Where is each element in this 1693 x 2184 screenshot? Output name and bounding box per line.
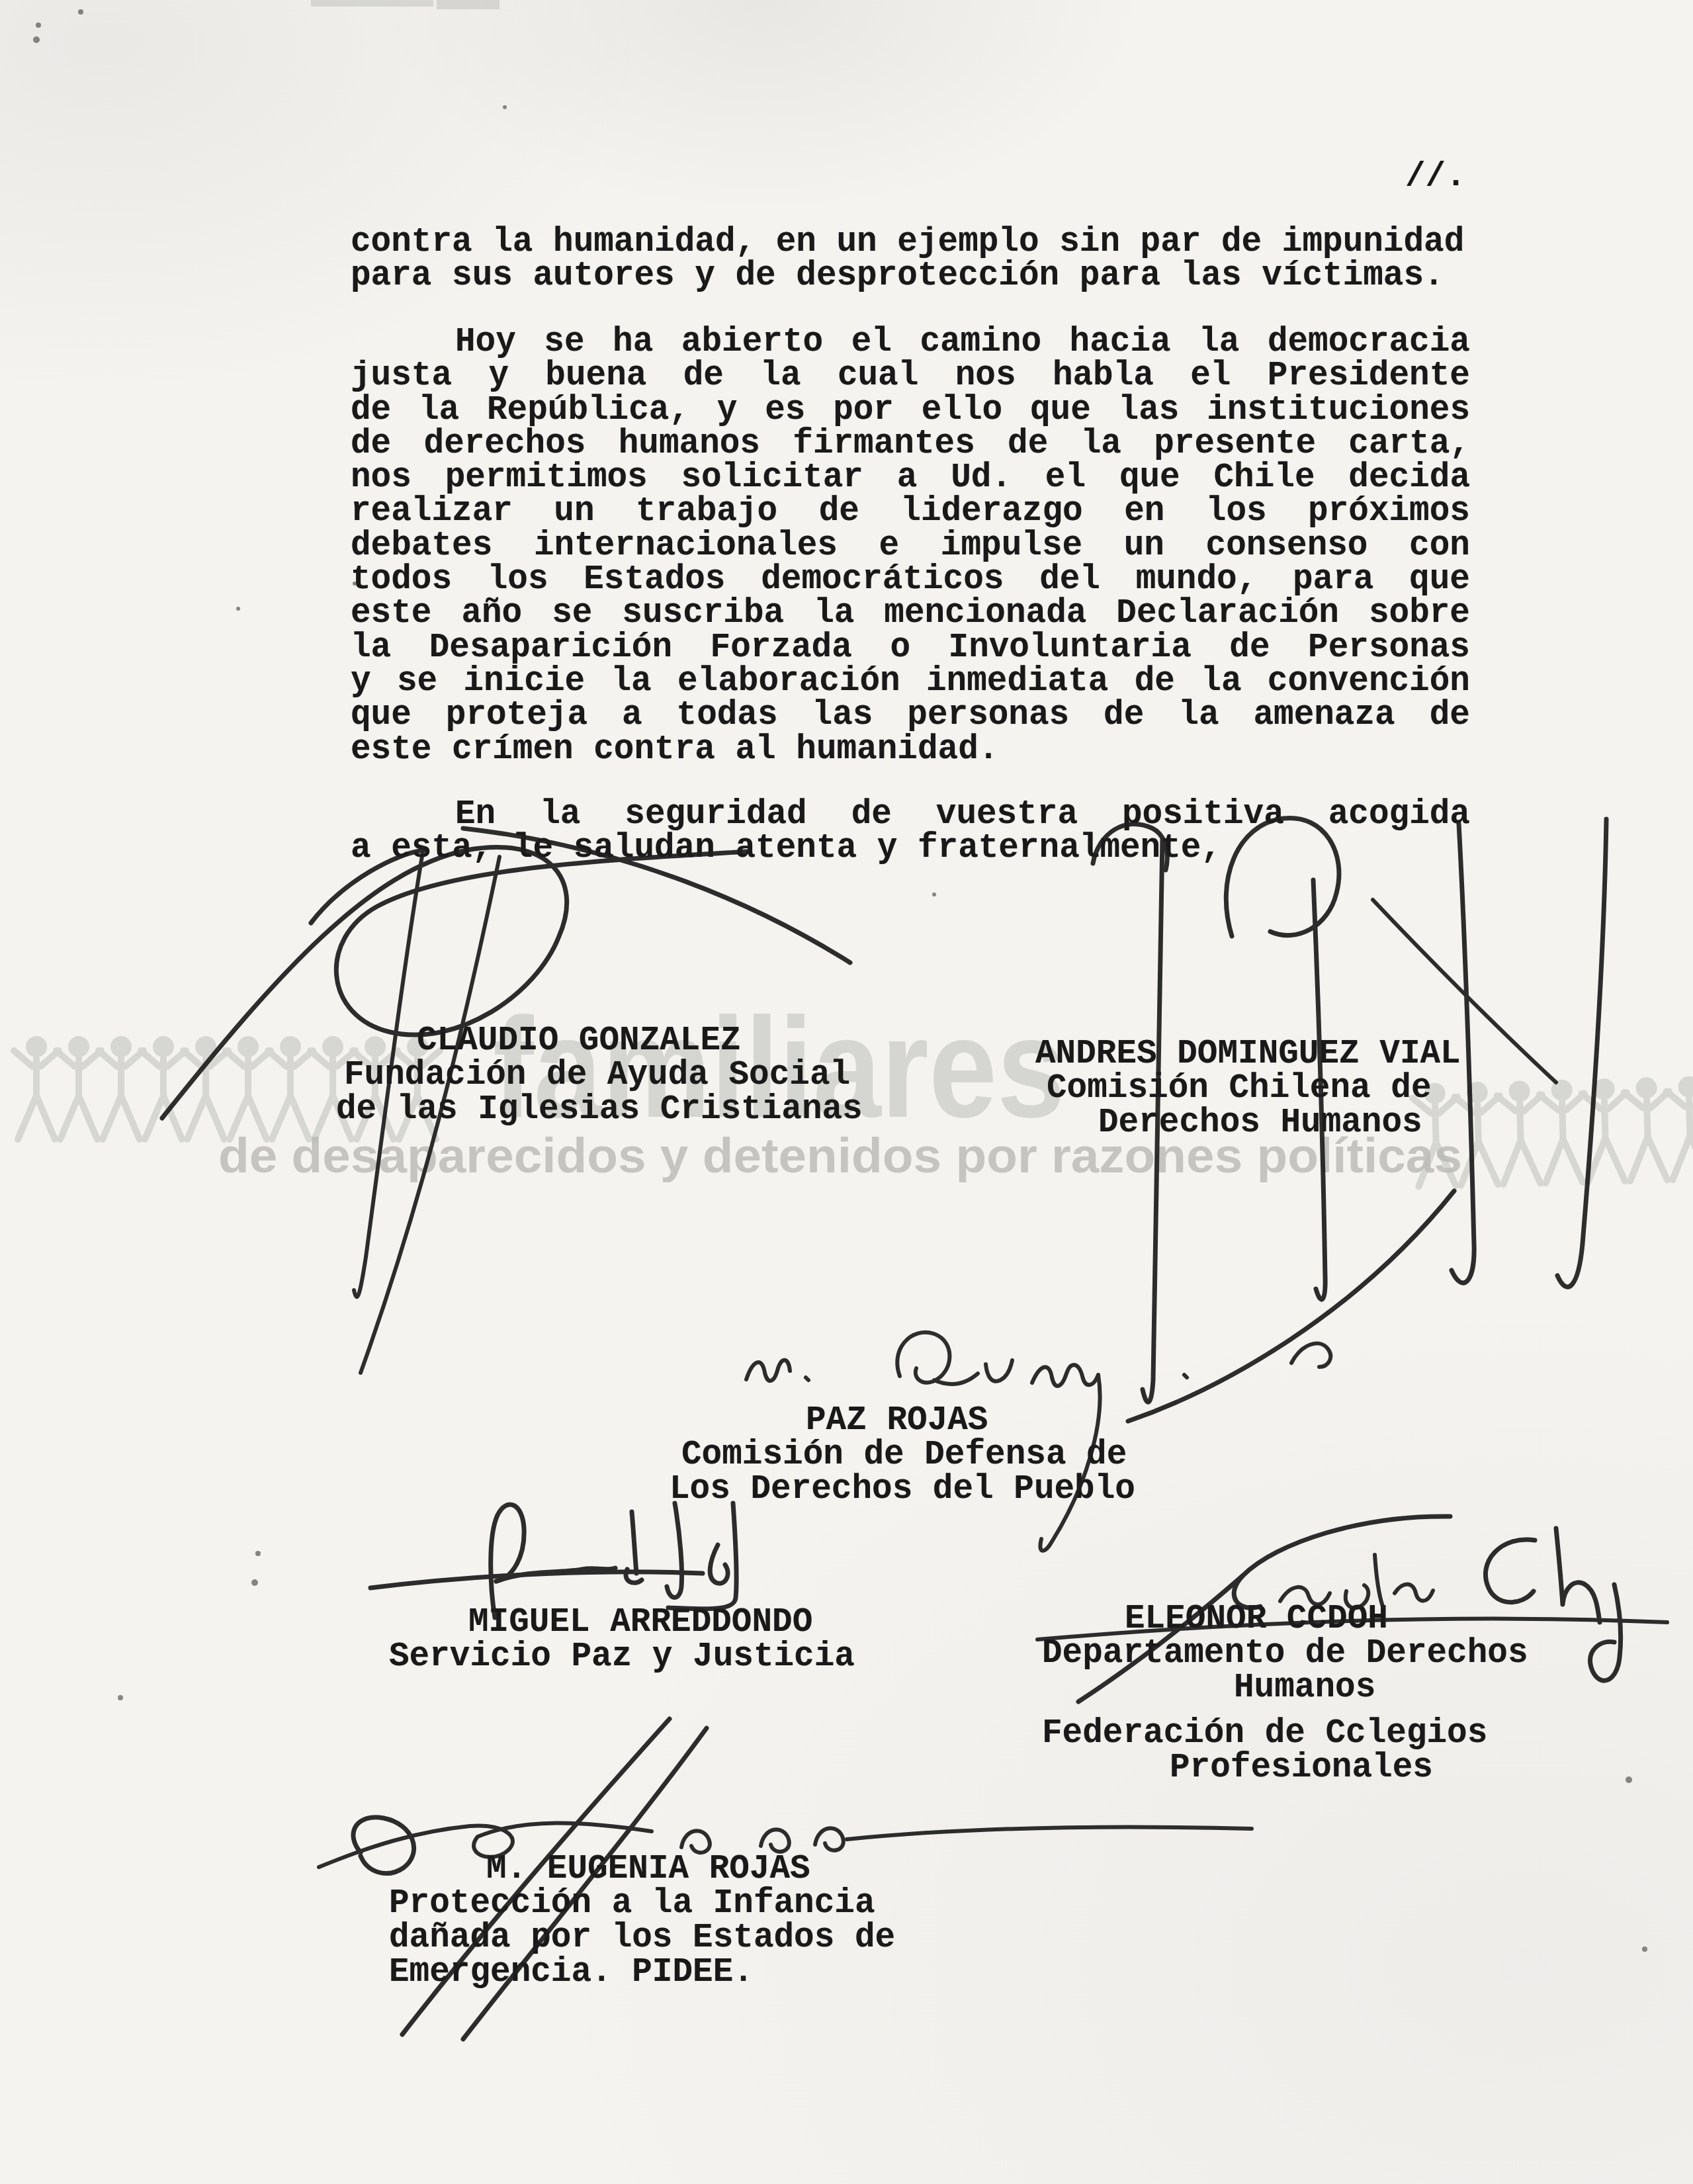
signer-org-line: Humanos [1234, 1671, 1375, 1705]
signer-org-line: dañada por los Estados de [389, 1921, 895, 1955]
body-line: este crímen contra al humanidad. [351, 733, 1470, 767]
body-line: laDesapariciónForzadaoInvoluntariadePers… [351, 631, 1470, 665]
body-paragraph: Enlaseguridaddevuestrapositivaacogidaa e… [351, 798, 1470, 866]
signer-org-line: Profesionales [1170, 1751, 1433, 1785]
body-line: esteañosesuscribalamencionadaDeclaración… [351, 597, 1470, 631]
signature-miguel-arreddondo-icon [370, 1503, 736, 1618]
signer-org-line: Comisión Chilena de [1047, 1072, 1432, 1106]
body-line: justaybuenadelacualnoshablaelPresidente [351, 359, 1470, 393]
body-line: dederechoshumanosfirmantesdelapresenteca… [351, 427, 1470, 461]
signer-org-line: Derechos Humanos [1098, 1106, 1422, 1140]
body-line: todoslosEstadosdemocráticosdelmundo,para… [351, 563, 1470, 597]
body-paragraph: Hoysehaabiertoelcaminohacialademocraciaj… [351, 326, 1470, 767]
body-line: Hoysehaabiertoelcaminohacialademocracia [351, 326, 1470, 359]
scanned-letter-page: familiares de desaparecidos y detenidos … [0, 0, 1693, 2184]
page-number: //. [1405, 160, 1466, 194]
signer-name-andres-dominguez-vial: ANDRES DOMINGUEZ VIAL [1035, 1037, 1461, 1071]
signer-name-miguel-arreddondo: MIGUEL ARREDDONDO [468, 1606, 812, 1639]
body-line: nospermitimossolicitaraUd.elqueChiledeci… [351, 461, 1470, 495]
body-line: delaRepública,yesporelloquelasinstitucio… [351, 394, 1470, 427]
signer-org-line: Federación de Cclegios [1042, 1717, 1487, 1751]
signer-name-paz-rojas: PAZ ROJAS [806, 1404, 988, 1438]
signer-name-eleonor-ccdoh: ELEONOR CCDOH [1125, 1602, 1388, 1636]
signer-org-line: de las Iglesias Cristianas [336, 1093, 863, 1127]
signer-org-line: Protección a la Infancia [389, 1887, 875, 1921]
body-paragraph: contra la humanidad, en un ejemplo sin p… [351, 226, 1470, 294]
scan-smudge [311, 0, 433, 7]
scan-smudge [437, 0, 499, 9]
signer-org-line: Fundación de Ayuda Social [344, 1059, 850, 1092]
signer-name-m-eugenia-rojas: M. EUGENIA ROJAS [486, 1853, 810, 1886]
body-line: realizaruntrabajodeliderazgoenlospróximo… [351, 495, 1470, 529]
body-line: a esta, le saludan atenta y fraternalmen… [351, 832, 1470, 865]
signer-org-line: Emergencia. PIDEE. [389, 1956, 754, 1989]
signer-org-line: Departamento de Derechos [1042, 1637, 1528, 1671]
body-line: para sus autores y de desprotección para… [351, 259, 1470, 293]
signer-org-line: Comisión de Defensa de [681, 1438, 1127, 1472]
signer-org-line: Los Derechos del Pueblo [670, 1473, 1135, 1507]
body-line: queprotejaatodaslaspersonasdelaamenazade [351, 699, 1470, 732]
paper-doll-chain-icon [1412, 1076, 1693, 1187]
signer-org-line: Servicio Paz y Justicia [389, 1640, 855, 1674]
body-line: yseinicielaelaboracióninmediatadelaconve… [351, 665, 1470, 699]
body-line: Enlaseguridaddevuestrapositivaacogida [351, 798, 1470, 832]
signer-name-claudio-gonzalez: CLAUDIO GONZALEZ [417, 1024, 741, 1058]
body-line: debatesinternacionaleseimpulseunconsenso… [351, 529, 1470, 563]
body-line: contra la humanidad, en un ejemplo sin p… [351, 226, 1470, 259]
